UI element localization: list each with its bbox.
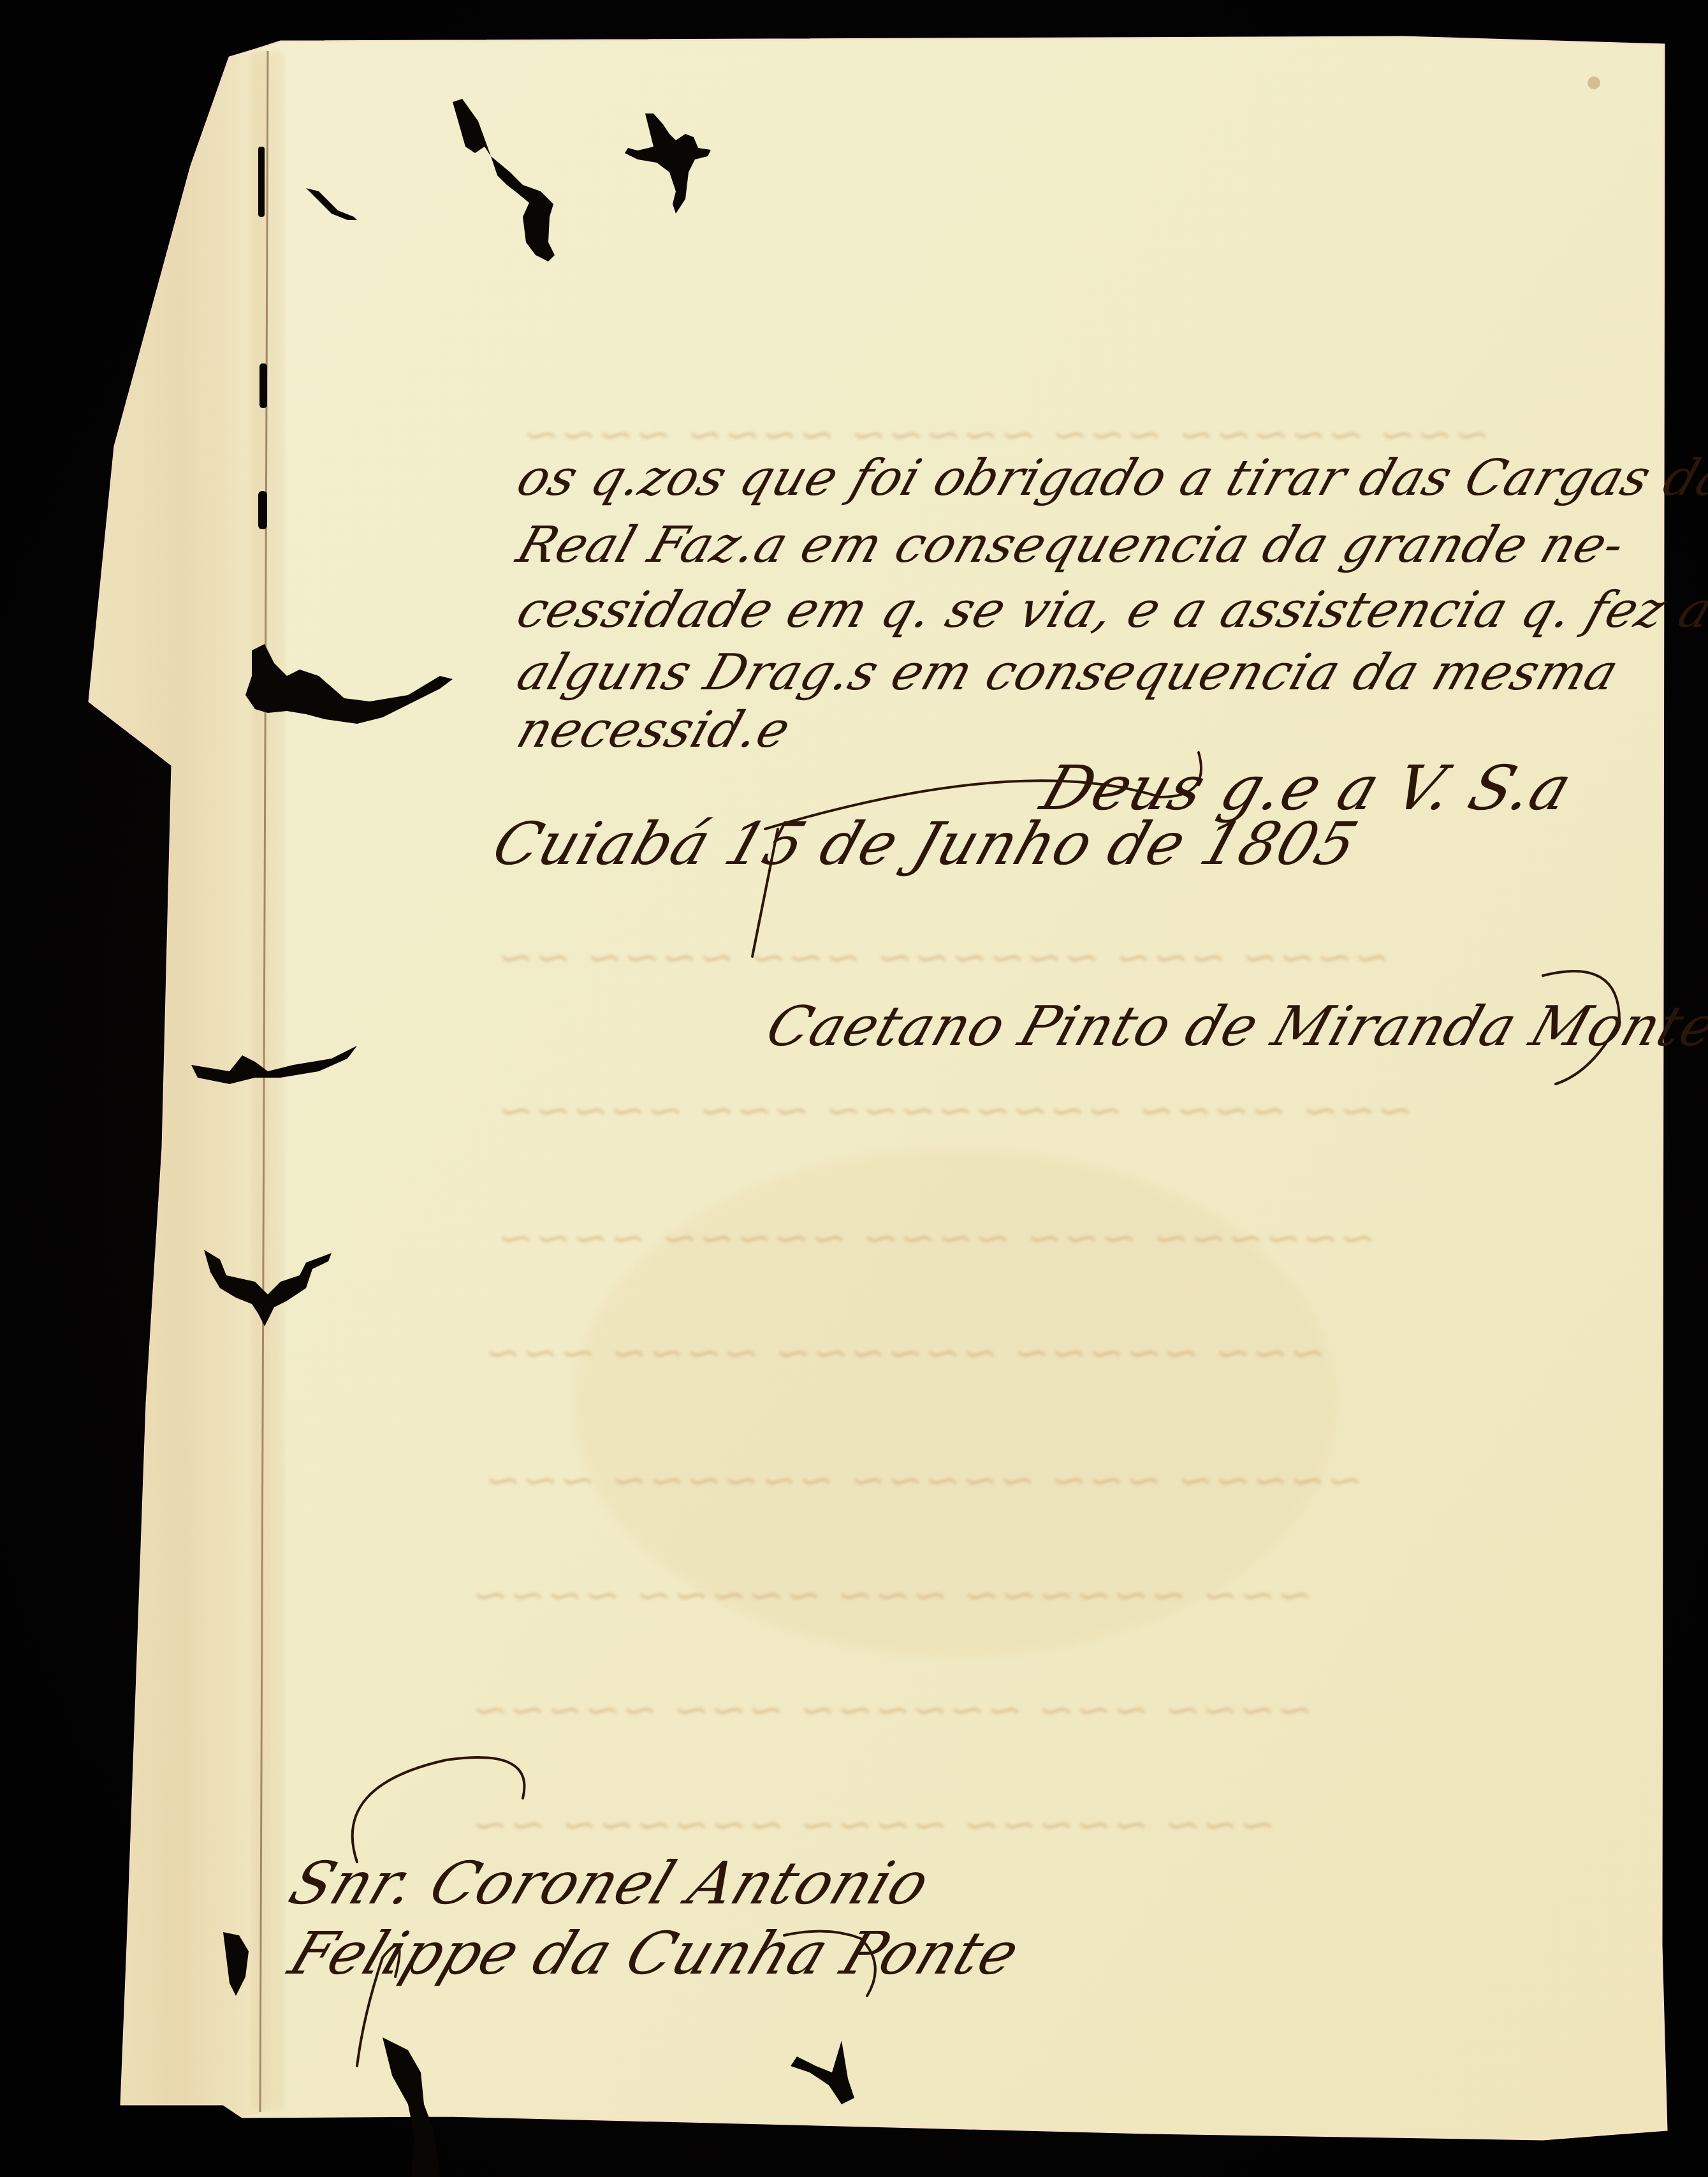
- signature-rubric: [1543, 971, 1619, 1084]
- pen-flourishes: [0, 0, 1708, 2177]
- date-stroke: [752, 829, 778, 957]
- addressee-descender: [357, 1946, 400, 2066]
- addressee-flourish: [353, 1757, 525, 1862]
- addressee-tail: [784, 1931, 875, 1996]
- closing-flourish: [765, 752, 1201, 829]
- scan-background: ~~~ ~~~~~ ~~~ ~~~~~ ~~~~ ~~~~ ~~~~ ~~~ ~…: [0, 0, 1708, 2177]
